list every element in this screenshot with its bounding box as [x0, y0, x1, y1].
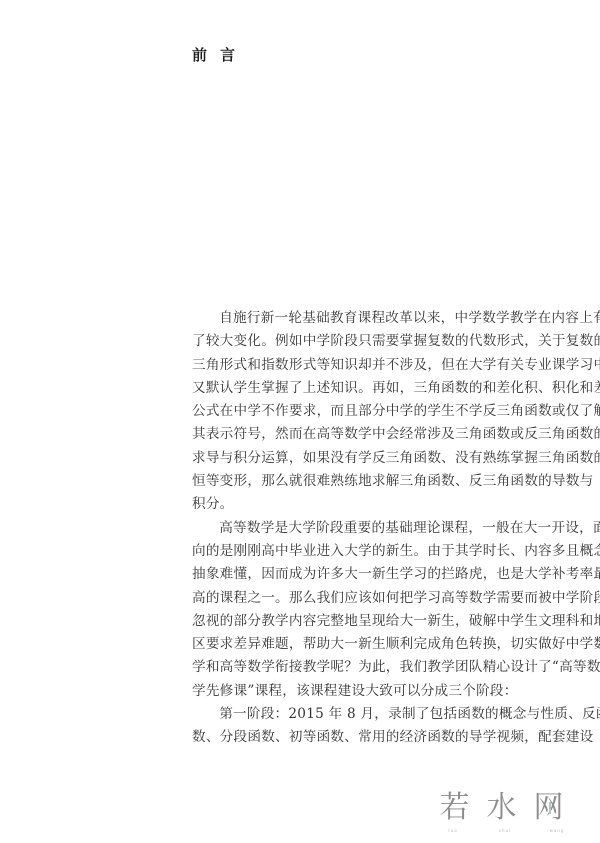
preface-body: 自施行新一轮基础教育课程改革以来，中学数学教学在内容上有 了较大变化。例如中学阶…: [192, 307, 567, 750]
text-line: 抽象难懂，因而成为许多大一新生学习的拦路虎，也是大学补考率最: [192, 563, 567, 586]
paragraph-3: 第一阶段：2015 年 8 月，录制了包括函数的概念与性质、反函 数、分段函数、…: [192, 703, 567, 750]
text-line: 数、分段函数、初等函数、常用的经济函数的导学视频，配套建设: [192, 726, 567, 749]
text-line: 向的是刚刚高中毕业进入大学的新生。由于其学时长、内容多且概念: [192, 540, 567, 563]
text-line: 忽视的部分教学内容完整地呈现给大一新生，破解中学生文理科和地: [192, 610, 567, 633]
text-line: 区要求差异难题，帮助大一新生顺利完成角色转换，切实做好中学数: [192, 633, 567, 656]
text-line: 公式在中学不作要求，而且部分中学的学生不学反三角函数或仅了解: [192, 400, 567, 423]
watermark-subtext-item: ruo: [438, 828, 468, 833]
text-line: 高等数学是大学阶段重要的基础理论课程，一般在大一开设，面: [192, 517, 567, 540]
watermark-subtext-item: shui: [490, 828, 520, 833]
text-line: 自施行新一轮基础教育课程改革以来，中学数学教学在内容上有: [192, 307, 567, 330]
text-line: 求导与积分运算，如果没有学反三角函数、没有熟练掌握三角函数的: [192, 447, 567, 470]
watermark-logo: 若 水 网 ruo shui wang: [438, 792, 588, 837]
document-page: 前言 自施行新一轮基础教育课程改革以来，中学数学教学在内容上有 了较大变化。例如…: [0, 0, 600, 843]
paragraph-1: 自施行新一轮基础教育课程改革以来，中学数学教学在内容上有 了较大变化。例如中学阶…: [192, 307, 567, 517]
page-marker-bar: [549, 802, 551, 814]
text-line: 恒等变形，那么就很难熟练地求解三角函数、反三角函数的导数与: [192, 470, 567, 493]
watermark-char: 若: [438, 792, 471, 824]
text-line: 其表示符号，然而在高等数学中会经常涉及三角函数或反三角函数的: [192, 423, 567, 446]
text-line: 三角形式和指数形式等知识却并不涉及，但在大学有关专业课学习中: [192, 354, 567, 377]
watermark-subtext: ruo shui wang: [438, 828, 572, 833]
watermark-text: 若 水 网: [438, 792, 565, 824]
watermark-char: 水: [485, 792, 518, 824]
paragraph-2: 高等数学是大学阶段重要的基础理论课程，一般在大一开设，面 向的是刚刚高中毕业进入…: [192, 517, 567, 703]
text-line: 又默认学生掌握了上述知识。再如，三角函数的和差化积、积化和差: [192, 377, 567, 400]
text-line: 第一阶段：2015 年 8 月，录制了包括函数的概念与性质、反函: [192, 703, 567, 726]
text-line: 学先修课”课程，该课程建设大致可以分成三个阶段：: [192, 680, 567, 703]
text-line: 高的课程之一。那么我们应该如何把学习高等数学需要而被中学阶段: [192, 587, 567, 610]
text-line: 学和高等数学衔接教学呢？为此，我们教学团队精心设计了“高等数: [192, 656, 567, 679]
text-line: 积分。: [192, 493, 567, 516]
watermark-subtext-item: wang: [542, 828, 572, 833]
text-line: 了较大变化。例如中学阶段只需要掌握复数的代数形式，关于复数的: [192, 330, 567, 353]
page-title: 前言: [192, 44, 248, 65]
